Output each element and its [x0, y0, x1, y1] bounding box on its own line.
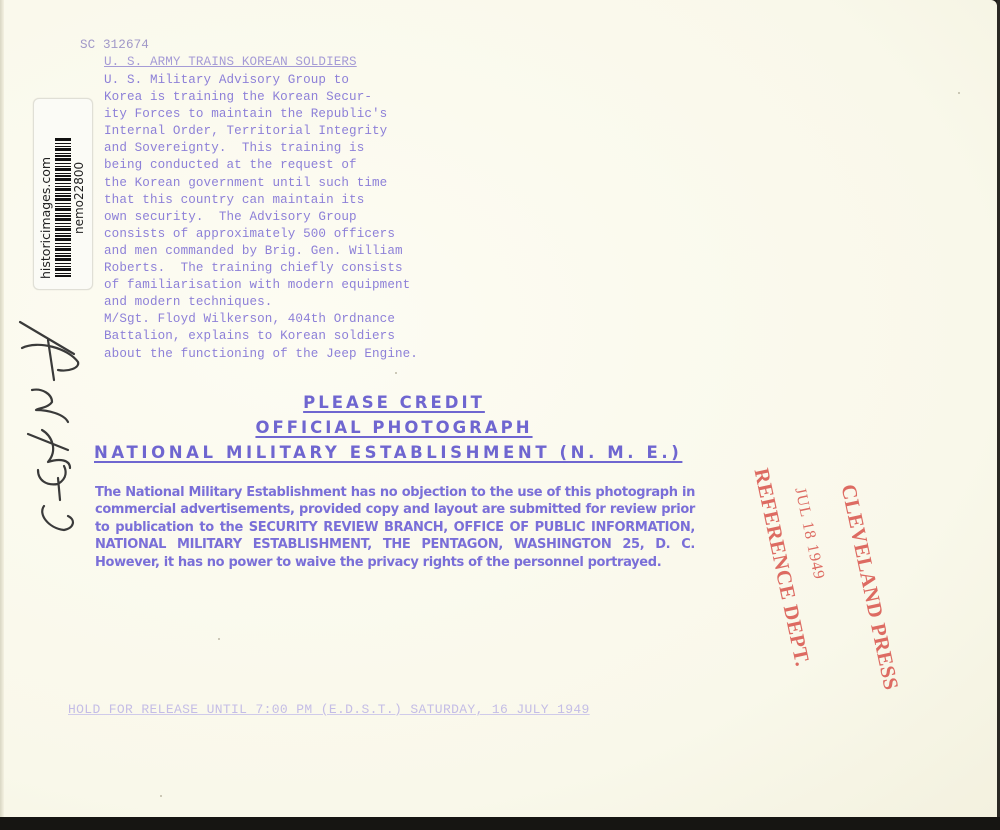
caption-line: and modern techniques.: [104, 294, 418, 311]
usage-disclaimer: The National Military Establishment has …: [95, 484, 695, 571]
caption-line: of familiarisation with modern equipment: [104, 277, 418, 294]
photo-back-paper: SC 312674 U. S. ARMY TRAINS KOREAN SOLDI…: [0, 0, 997, 817]
caption-line: Korea is training the Korean Secur-: [104, 89, 418, 106]
paper-speck: [395, 372, 397, 374]
stamp-date: JUL 18 1949: [790, 486, 827, 582]
credit-line-official-photograph: OFFICIAL PHOTOGRAPH: [94, 418, 694, 437]
release-embargo-note: HOLD FOR RELEASE UNTIL 7:00 PM (E.D.S.T.…: [68, 702, 713, 717]
paper-speck: [218, 638, 220, 640]
stamp-cleveland-press: CLEVELAND PRESS: [836, 482, 904, 693]
paper-edge: [0, 0, 4, 817]
caption-line: M/Sgt. Floyd Wilkerson, 404th Ordnance: [104, 311, 418, 328]
credit-line-nme: NATIONAL MILITARY ESTABLISHMENT (N. M. E…: [94, 443, 694, 462]
caption-line: that this country can maintain its: [104, 192, 418, 209]
caption-headline: U. S. ARMY TRAINS KOREAN SOLDIERS: [104, 54, 357, 71]
scan-edge-bottom: [0, 817, 1000, 830]
caption-line: ity Forces to maintain the Republic's: [104, 106, 418, 123]
credit-line-please-credit: PLEASE CREDIT: [94, 393, 694, 412]
serial-number: SC 312674: [80, 37, 149, 54]
archive-site-name: historicimages.com: [38, 157, 53, 279]
paper-speck: [958, 92, 960, 94]
caption-line: consists of approximately 500 officers: [104, 226, 418, 243]
caption-line: the Korean government until such time: [104, 175, 418, 192]
caption-line: U. S. Military Advisory Group to: [104, 72, 418, 89]
caption-line: Battalion, explains to Korean soldiers: [104, 328, 418, 345]
archive-code: nemo22800: [72, 162, 86, 234]
barcode-icon: [55, 137, 71, 277]
caption-line: Internal Order, Territorial Integrity: [104, 123, 418, 140]
caption-line: being conducted at the request of: [104, 157, 418, 174]
caption-line: Roberts. The training chiefly consists: [104, 260, 418, 277]
caption-body: U. S. Military Advisory Group toKorea is…: [104, 72, 418, 363]
caption-line: own security. The Advisory Group: [104, 209, 418, 226]
paper-speck: [160, 795, 162, 797]
caption-line: and Sovereignty. This training is: [104, 140, 418, 157]
caption-line: and men commanded by Brig. Gen. William: [104, 243, 418, 260]
handwritten-note: [8, 310, 83, 540]
caption-line: about the functioning of the Jeep Engine…: [104, 346, 418, 363]
archive-barcode-label: historicimages.com nemo22800: [33, 98, 93, 290]
